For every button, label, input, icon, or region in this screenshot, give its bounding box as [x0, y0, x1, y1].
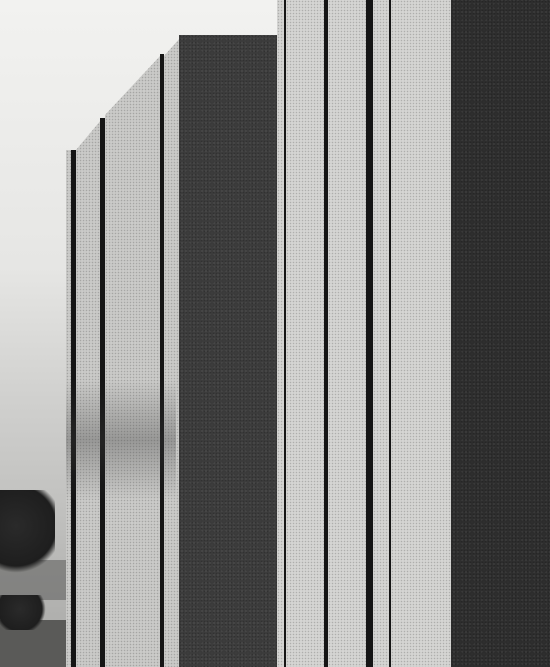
slab-7 [328, 0, 368, 667]
dark-face [179, 35, 277, 667]
slab-9 [391, 0, 451, 667]
dark-right-face [451, 0, 550, 667]
groove-3 [160, 54, 164, 667]
slab-4 [164, 38, 180, 667]
shadow-band [66, 380, 176, 500]
slab-8 [373, 0, 390, 667]
architectural-photo [0, 0, 550, 667]
tree [0, 490, 55, 580]
bushes [0, 595, 50, 630]
slab-3 [105, 55, 161, 667]
slab-6 [286, 0, 324, 667]
groove-7 [366, 0, 373, 667]
